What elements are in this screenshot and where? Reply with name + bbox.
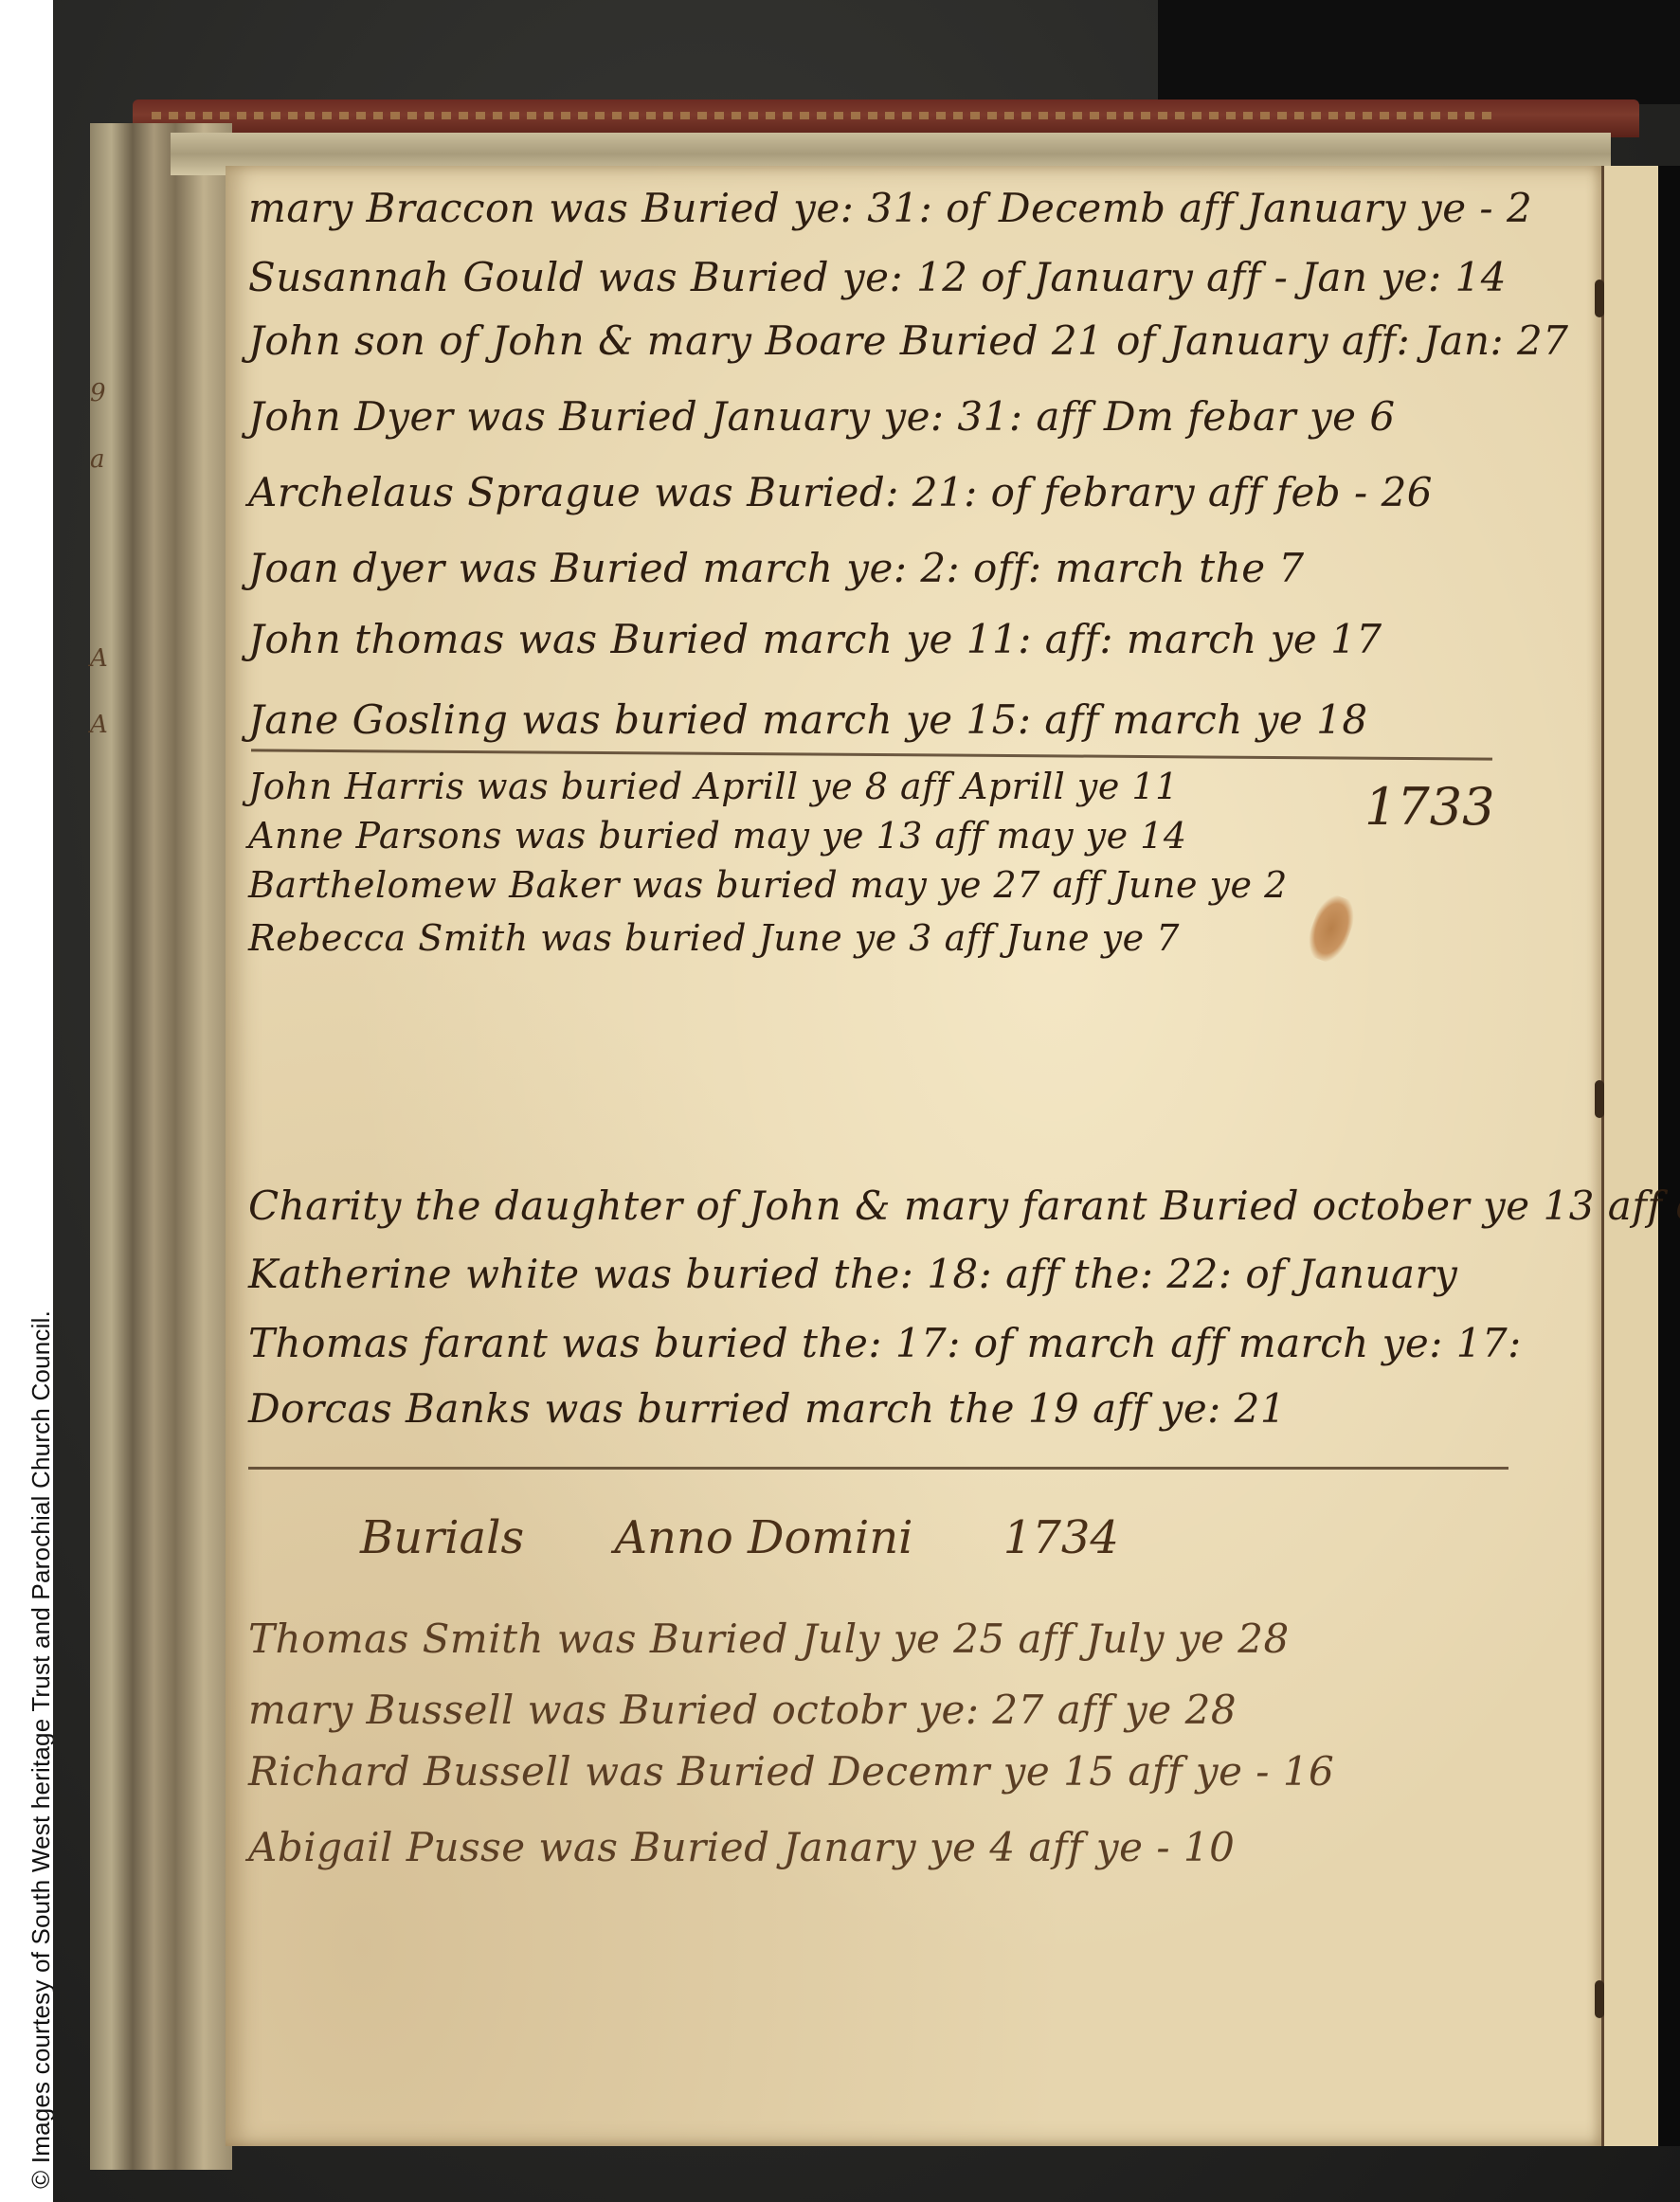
burial-entry: Abigail Pusse was Buried Janary ye 4 aff…	[248, 1824, 1235, 1870]
margin-note: A	[90, 625, 128, 692]
burial-entry: Thomas Smith was Buried July ye 25 aff J…	[248, 1615, 1290, 1662]
burial-entry: John thomas was Buried march ye 11: aff:…	[248, 616, 1382, 662]
burial-entry: John Harris was buried Aprill ye 8 aff A…	[248, 766, 1179, 807]
burial-entry: John Dyer was Buried January ye: 31: aff…	[248, 393, 1396, 440]
burial-entry: Katherine white was buried the: 18: aff …	[248, 1251, 1457, 1297]
year-marker: 1733	[1364, 777, 1494, 837]
heading-year: 1734	[1003, 1511, 1119, 1564]
burial-entry: Rebecca Smith was buried June ye 3 aff J…	[248, 917, 1180, 959]
binding-stitch	[1595, 280, 1604, 317]
burial-entry: Anne Parsons was buried may ye 13 aff ma…	[248, 815, 1187, 857]
photo-backdrop-dark	[1158, 0, 1680, 104]
copyright-credit: © Images courtesy of South West heritage…	[27, 1310, 56, 2189]
heading-title: Burials	[360, 1511, 524, 1564]
binding-stitch	[1595, 1080, 1604, 1118]
binding-stitch	[1595, 1980, 1604, 2018]
burial-entry: John son of John & mary Boare Buried 21 …	[248, 317, 1568, 364]
burial-entry: Joan dyer was Buried march ye: 2: off: m…	[248, 545, 1305, 591]
section-heading: Burials Anno Domini 1734	[360, 1511, 1195, 1564]
burial-entry: Jane Gosling was buried march ye 15: aff…	[248, 696, 1368, 743]
section-divider	[248, 1467, 1508, 1470]
margin-note: A	[90, 692, 128, 758]
burial-entry: mary Braccon was Buried ye: 31: of Decem…	[248, 185, 1532, 231]
burial-entry: Richard Bussell was Buried Decemr ye 15 …	[248, 1748, 1334, 1795]
heading-anno: Anno Domini	[614, 1511, 912, 1564]
page-shadow	[1658, 166, 1680, 2146]
facing-page-edge	[1601, 166, 1661, 2146]
cover-gilt-tooling	[152, 112, 1497, 119]
burial-entry: Susannah Gould was Buried ye: 12 of Janu…	[248, 254, 1507, 300]
burial-entry: mary Bussell was Buried octobr ye: 27 af…	[248, 1687, 1237, 1733]
credit-strip: © Images courtesy of South West heritage…	[0, 0, 53, 2202]
margin-notes: 9 a A A	[90, 360, 128, 758]
burial-entry: Thomas farant was buried the: 17: of mar…	[248, 1320, 1522, 1366]
margin-note: 9	[90, 360, 128, 426]
burial-entry: Barthelomew Baker was buried may ye 27 a…	[248, 864, 1288, 906]
burial-entry: Archelaus Sprague was Buried: 21: of feb…	[248, 469, 1433, 515]
burial-entry: Charity the daughter of John & mary fara…	[248, 1182, 1680, 1229]
margin-note: a	[90, 426, 128, 493]
burial-entry: Dorcas Banks was burried march the 19 af…	[248, 1385, 1286, 1432]
